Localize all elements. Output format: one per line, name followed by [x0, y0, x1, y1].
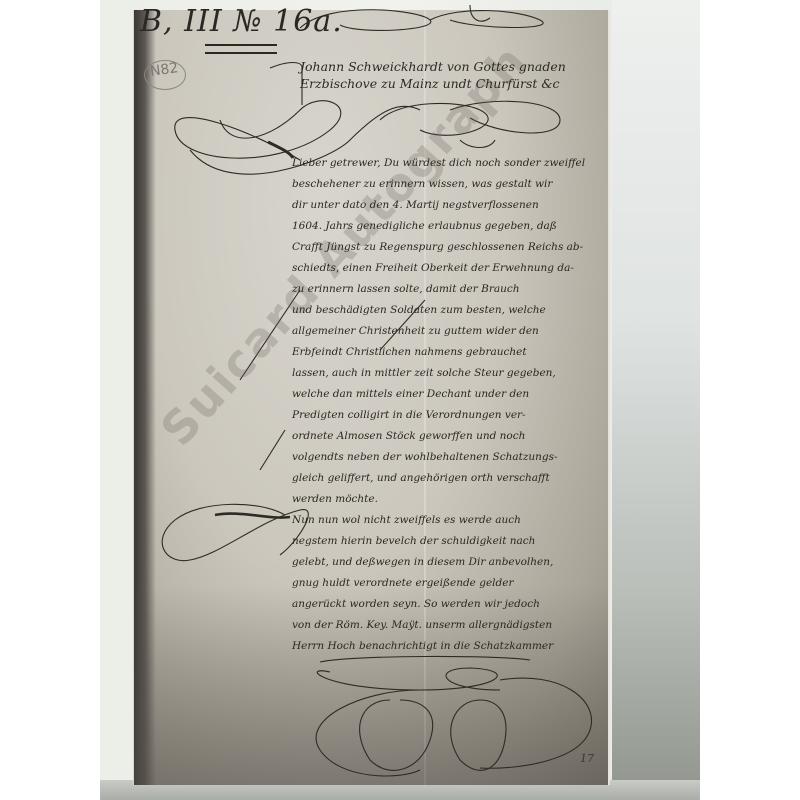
catalog-number: B, III № 16a. — [140, 4, 343, 39]
body-line: volgendts neben der wohlbehaltenen Schat… — [292, 447, 612, 468]
body-line: Nun nun wol nicht zweiffels es werde auc… — [292, 510, 612, 531]
body-line: dir unter dato den 4. Martij negstverflo… — [292, 195, 612, 216]
body-line: und beschädigten Soldaten zum besten, we… — [292, 300, 612, 321]
body-line: allgemeiner Christenheit zu guttem wider… — [292, 321, 612, 342]
body-line: Herrn Hoch benachrichtigt in die Schatzk… — [292, 636, 612, 657]
page-number: 17 — [580, 752, 594, 765]
body-line: Erbfeindt Christlichen nahmens gebrauche… — [292, 342, 612, 363]
heading-line: Erzbischove zu Mainz undt Churfürst &c — [300, 75, 566, 92]
body-line: 1604. Jahrs genedigliche erlaubnus gegeb… — [292, 216, 612, 237]
body-line: welche dan mittels einer Dechant under d… — [292, 384, 612, 405]
body-line: beschehener zu erinnern wissen, was gest… — [292, 174, 612, 195]
body-line: Lieber getrewer, Du würdest dich noch so… — [292, 153, 612, 174]
body-line: schiedts, einen Freiheit Oberkeit der Er… — [292, 258, 612, 279]
body-line: lassen, auch in mittler zeit solche Steu… — [292, 363, 612, 384]
body-line: zu erinnern lassen solte, damit der Brau… — [292, 279, 612, 300]
body-line: gleich geliffert, und angehörigen orth v… — [292, 468, 612, 489]
body-line: werden möchte. — [292, 489, 612, 510]
heading-line: Johann Schweickhardt von Gottes gnaden — [300, 58, 566, 75]
body-line: gnug huldt verordnete ergeißende gelder — [292, 573, 612, 594]
body-line: angerückt worden seyn. So werden wir jed… — [292, 594, 612, 615]
letter-heading: Johann Schweickhardt von Gottes gnaden E… — [300, 58, 566, 92]
catalog-underline — [205, 44, 277, 54]
letter-body: Lieber getrewer, Du würdest dich noch so… — [292, 153, 612, 657]
body-line: ordnete Almosen Stöck geworffen und noch — [292, 426, 612, 447]
body-line: gelebt, und deßwegen in diesem Dir anbev… — [292, 552, 612, 573]
body-line: Crafft Jüngst zu Regenspurg geschlossene… — [292, 237, 612, 258]
body-line: negstem hierin bevelch der schuldigkeit … — [292, 531, 612, 552]
body-line: Predigten colligirt in die Verordnungen … — [292, 405, 612, 426]
body-line: von der Röm. Key. Maÿt. unserm allergnäd… — [292, 615, 612, 636]
